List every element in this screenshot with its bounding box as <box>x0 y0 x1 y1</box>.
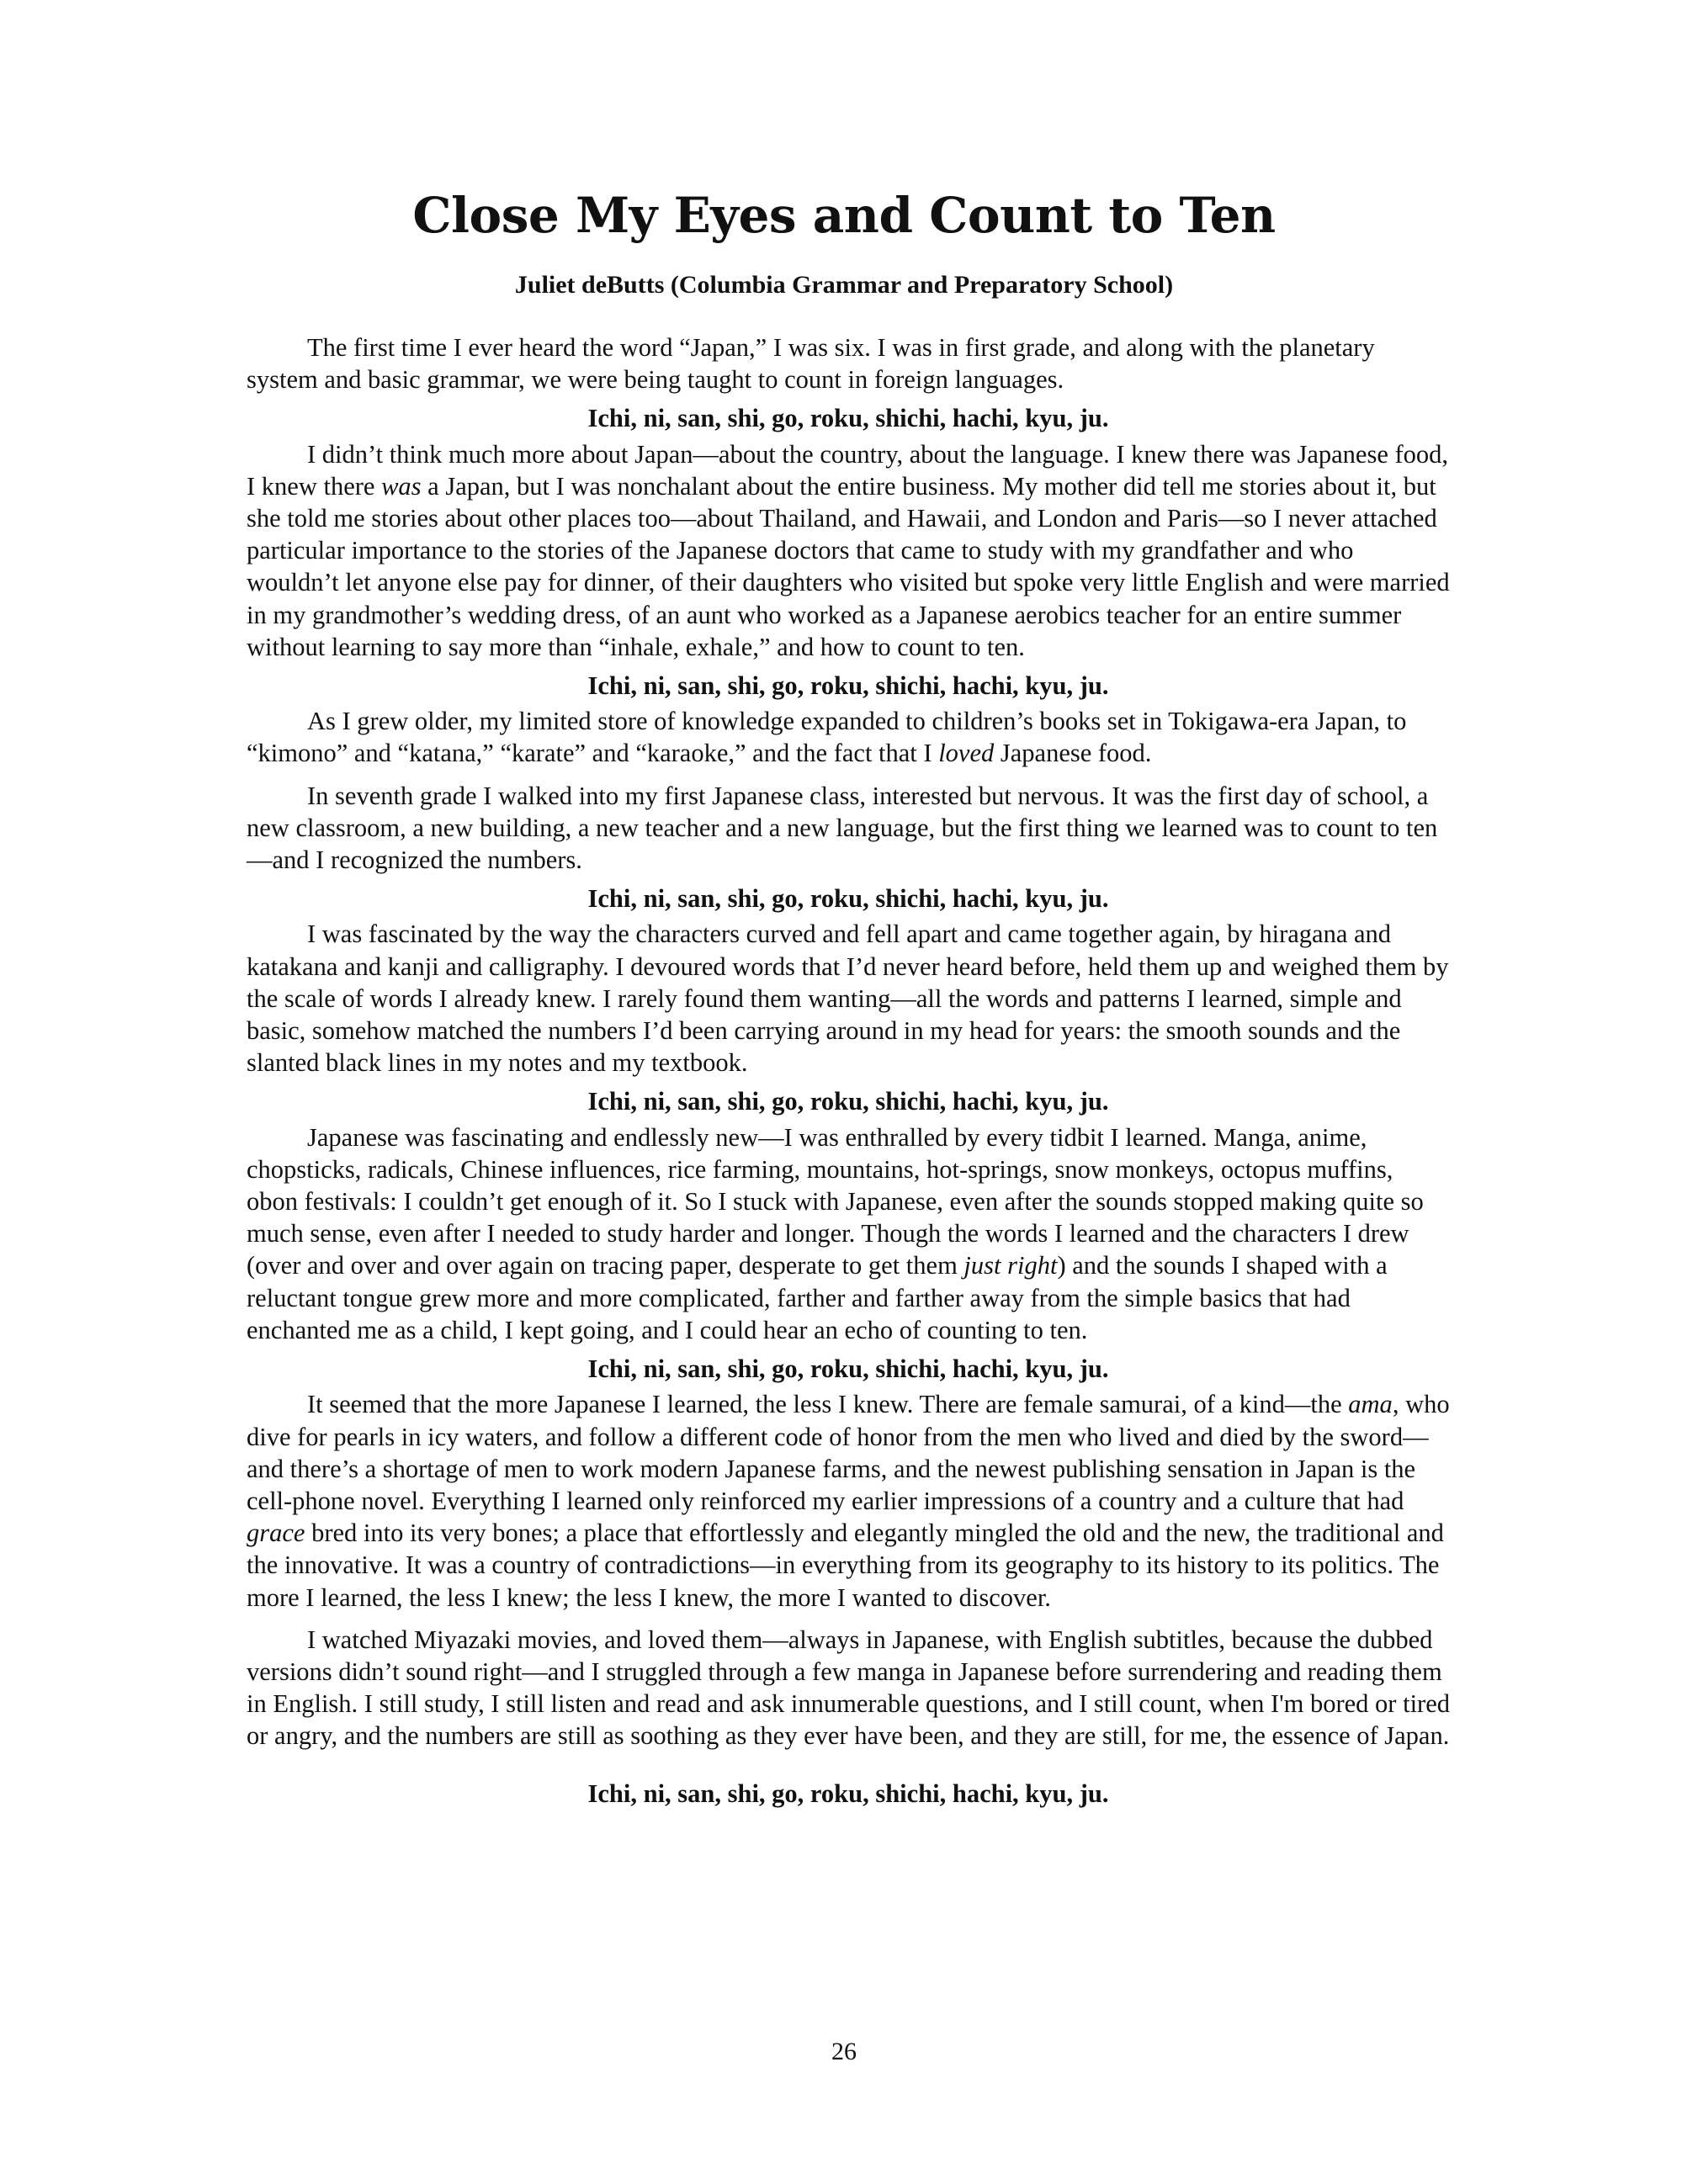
page-number: 26 <box>0 2038 1688 2066</box>
essay-body: The first time I ever heard the word “Ja… <box>247 331 1450 1813</box>
essay-title: Close My Eyes and Count to Ten <box>0 187 1688 244</box>
refrain-3: Ichi, ni, san, shi, go, roku, shichi, ha… <box>247 883 1450 914</box>
paragraph-8: I watched Miyazaki movies, and loved the… <box>247 1624 1450 1752</box>
paragraph-7: It seemed that the more Japanese I learn… <box>247 1388 1450 1613</box>
essay-author: Juliet deButts (Columbia Grammar and Pre… <box>0 271 1688 300</box>
refrain-5: Ichi, ni, san, shi, go, roku, shichi, ha… <box>247 1353 1450 1385</box>
refrain-4: Ichi, ni, san, shi, go, roku, shichi, ha… <box>247 1085 1450 1117</box>
refrain-1: Ichi, ni, san, shi, go, roku, shichi, ha… <box>247 402 1450 434</box>
paragraph-5: I was fascinated by the way the characte… <box>247 918 1450 1079</box>
paragraph-6: Japanese was fascinating and endlessly n… <box>247 1121 1450 1346</box>
paragraph-2: I didn’t think much more about Japan—abo… <box>247 438 1450 663</box>
refrain-2: Ichi, ni, san, shi, go, roku, shichi, ha… <box>247 670 1450 702</box>
document-page: Close My Eyes and Count to Ten Juliet de… <box>0 0 1688 2184</box>
paragraph-4: In seventh grade I walked into my first … <box>247 780 1450 877</box>
paragraph-3: As I grew older, my limited store of kno… <box>247 705 1450 769</box>
paragraph-1: The first time I ever heard the word “Ja… <box>247 331 1450 395</box>
refrain-6: Ichi, ni, san, shi, go, roku, shichi, ha… <box>247 1778 1450 1810</box>
